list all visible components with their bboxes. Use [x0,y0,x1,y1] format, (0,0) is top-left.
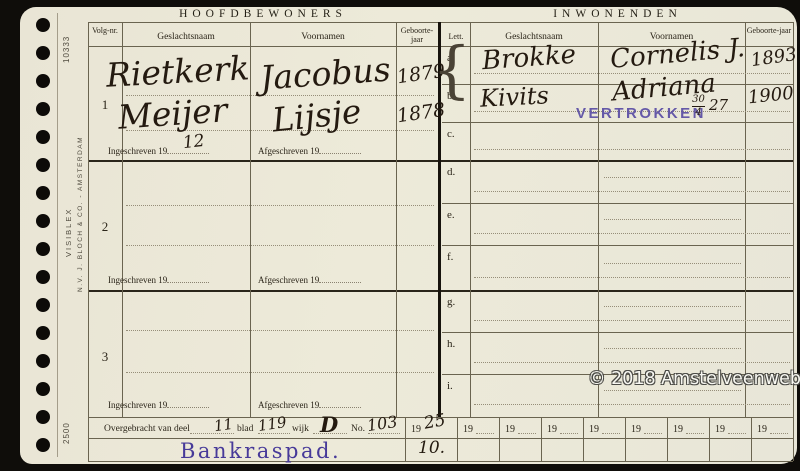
date-year: 27 [709,96,728,114]
letter-label: d. [447,166,455,178]
writing-line [474,320,790,321]
dotted-blank [476,433,494,434]
handwritten-birthyear: 1893 [750,46,798,70]
handwritten-brace: { [432,39,471,101]
year-prefix: 19 [411,424,421,435]
writing-line [474,362,790,363]
dotted-blank [728,433,746,434]
year-prefix: 19 [631,424,641,435]
letter-label: f. [447,251,453,263]
punch-hole [36,298,50,312]
writing-line [604,263,741,264]
dotted-blank [644,433,662,434]
letter-label: c. [447,128,455,140]
year-prefix: 19 [463,424,473,435]
punch-hole [36,102,50,116]
afgeschreven-text: Afgeschreven 19 [258,146,319,156]
handwritten-ingeschreven-year: 12 [182,133,205,152]
dotted-blank [319,399,361,408]
handwritten-surname: Kivits [479,83,549,111]
year-prefix: 19 [589,424,599,435]
copyright-watermark: © 2018 Amstelveenweb.com [588,369,800,389]
punch-hole [36,270,50,284]
handwritten-house-number: 10. [418,440,445,457]
grid-line [598,22,599,417]
date-fraction: 304 [692,95,705,118]
punch-hole [36,214,50,228]
grid-line [442,122,793,123]
dotted-blank [560,433,578,434]
handwritten-firstname: Lijsje [271,94,363,136]
punch-hole [36,74,50,88]
ingeschreven-text: Ingeschreven 19 [108,146,167,156]
handwritten-blad: 119 [257,415,287,434]
date-day: 30 [692,95,705,105]
grid-line [745,22,746,417]
card-stock-number-bottom: 2500 [62,402,71,444]
afgeschreven-text: Afgeschreven 19 [258,400,319,410]
letter-label: g. [447,296,455,308]
card-stock-number-top: 10333 [62,17,71,63]
year-prefix: 19 [547,424,557,435]
writing-line [604,177,741,178]
column-header-volgnr: Volg-nr. [88,26,122,35]
punch-hole [36,354,50,368]
writing-line [474,233,790,234]
year-prefix: 19 [505,424,515,435]
writing-line [604,219,741,220]
handwritten-year: 25 [423,412,447,432]
writing-line [126,205,434,206]
handwritten-surname: Rietkerk [105,51,250,91]
dotted-blank [770,433,788,434]
letter-label: h. [447,338,455,350]
grid-line [442,203,793,204]
transfer-label-no: No. [351,424,365,434]
letter-label: e. [447,209,455,221]
card-maker-name: VISIBLEX [64,177,73,257]
ingeschreven-text: Ingeschreven 19 [108,275,167,285]
row-number: 2 [88,219,122,235]
punch-hole [36,158,50,172]
grid-line [625,417,626,461]
dotted-blank [602,433,620,434]
writing-line [604,348,741,349]
grid-line [499,417,500,461]
card-maker-address: N.V. J. BLOCH & CO. - AMSTERDAM [77,142,84,292]
dotted-blank [167,399,209,408]
writing-line [604,306,741,307]
handwritten-no: 103 [366,414,398,434]
grid-line [709,417,710,461]
year-prefix: 19 [757,424,767,435]
grid-line [442,332,793,333]
punch-hole [36,326,50,340]
ingeschreven-label: Ingeschreven 19 [108,274,209,285]
dotted-blank [319,274,361,283]
grid-line [667,417,668,461]
writing-line [604,390,741,391]
dotted-blank [167,274,209,283]
grid-line [457,417,458,461]
punch-hole [36,382,50,396]
row-number: 3 [88,349,122,365]
street-name-stamp: Bankraspad. [180,439,341,463]
section-title-inwonenden: INWONENDEN [442,8,793,20]
punch-hole [36,18,50,32]
writing-line [126,372,434,373]
section-title-hoofdbewoners: HOOFDBEWONERS [88,8,438,20]
column-header-geslachtsnaam: Geslachtsnaam [122,32,250,43]
year-prefix: 19 [715,424,725,435]
afgeschreven-label: Afgeschreven 19 [258,274,361,285]
punch-hole [36,186,50,200]
transfer-label-blad: blad [237,424,253,434]
column-header-voornamen: Voornamen [250,32,396,43]
handwritten-surname: Brokke [481,42,577,75]
handwritten-deel: 11 [213,417,234,435]
handwritten-wijk: D [320,414,338,435]
dotted-blank [518,433,536,434]
writing-line [126,330,434,331]
transfer-label-deel: Overgebracht van deel [104,424,190,434]
afgeschreven-text: Afgeschreven 19 [258,275,319,285]
writing-line [474,149,790,150]
punch-hole [36,438,50,452]
writing-line [474,404,790,405]
registration-card: 10333 VISIBLEX N.V. J. BLOCH & CO. - AMS… [20,7,797,464]
edge-strip-divider [57,13,58,457]
column-header-geboortejaar: Geboorte-jaar [745,26,793,35]
grid-line [751,417,752,461]
punch-hole [36,46,50,60]
dotted-blank [319,145,361,154]
punch-hole [36,130,50,144]
year-prefix: 19 [673,424,683,435]
ingeschreven-text: Ingeschreven 19 [108,400,167,410]
handwritten-firstname: Jacobus [259,52,392,94]
grid-line [541,417,542,461]
vertrokken-stamp: VERTROKKEN [576,105,706,122]
handwritten-surname: Meijer [117,93,228,134]
dotted-blank [686,433,704,434]
grid-line [442,245,793,246]
punch-hole [36,410,50,424]
letter-label: i. [447,380,453,392]
handwritten-birthyear: 1900 [747,85,794,108]
punch-hole [36,242,50,256]
scan-background: { "colors": { "card_background": "#ebe8d… [0,0,800,471]
writing-line [474,277,790,278]
handwritten-departure-date: 30427 [692,95,728,118]
table-border-left [88,22,89,461]
writing-line [474,191,790,192]
date-month: 4 [695,108,701,118]
transfer-label-wijk: wijk [292,424,309,434]
afgeschreven-label: Afgeschreven 19 [258,399,361,410]
writing-line [126,245,434,246]
column-header-geslachtsnaam: Geslachtsnaam [470,32,598,43]
grid-line [405,417,406,461]
ingeschreven-label: Ingeschreven 19 [108,399,209,410]
afgeschreven-label: Afgeschreven 19 [258,145,361,156]
grid-line [583,417,584,461]
